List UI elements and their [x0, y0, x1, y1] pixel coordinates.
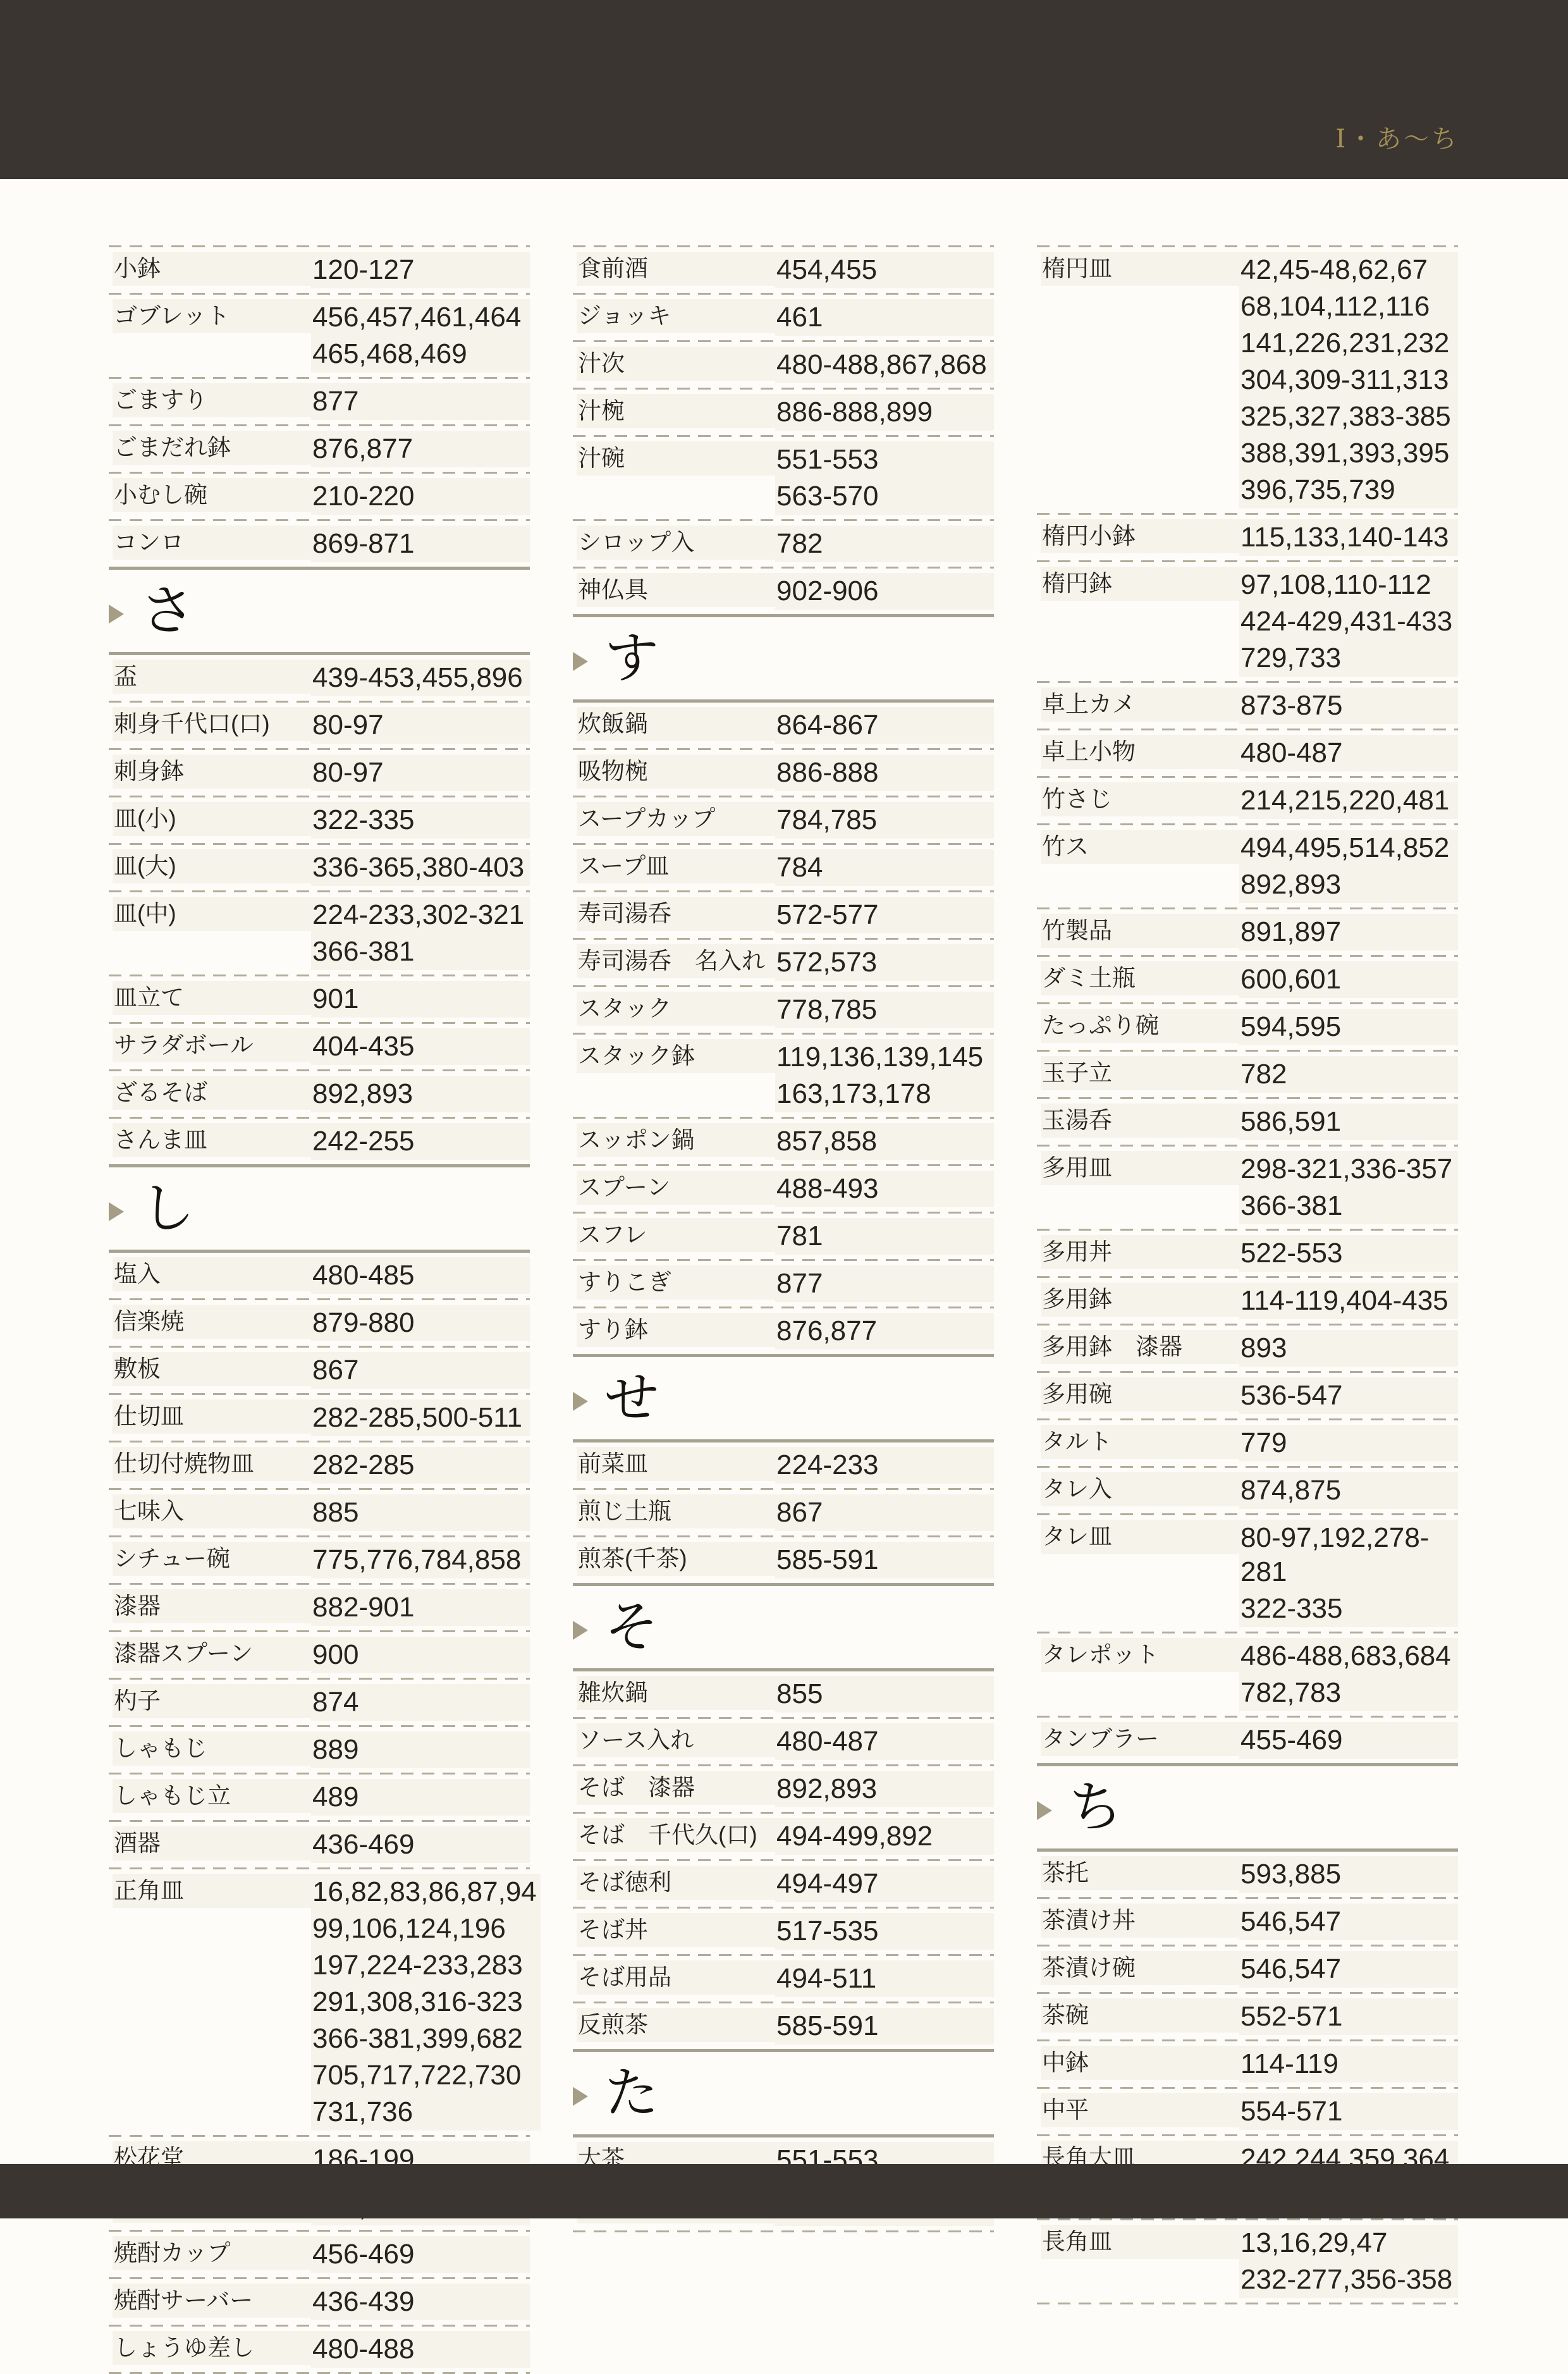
term-cell: 吸物椀 — [573, 754, 775, 791]
term-cell: 汁椀 — [573, 394, 775, 431]
page-numbers: 494-497 — [775, 1866, 994, 1902]
index-row: たっぷり碗594,595 — [1037, 1004, 1458, 1050]
page-line-text: 885 — [311, 1494, 530, 1531]
page-line-text: 282-285,500-511 — [311, 1399, 530, 1436]
term-cell: 皿(小) — [109, 802, 311, 839]
page-line: 886-888,899 — [775, 394, 994, 431]
term-cell: 茶漬け丼 — [1037, 1904, 1239, 1940]
divider-line — [1037, 2303, 1458, 2304]
page-line: 886-888 — [775, 754, 994, 791]
index-row: 卓上カメ873-875 — [1037, 683, 1458, 729]
page-line-text: 869-871 — [311, 526, 530, 562]
term-label: スフレ — [577, 1218, 775, 1252]
index-row: 信楽焼879-880 — [109, 1300, 530, 1346]
page-numbers: 436-469 — [311, 1826, 530, 1863]
index-rows-block: 前菜皿224-233煎じ土瓶867煎茶(千茶)585-591 — [573, 1439, 994, 1586]
term-label: 玉湯呑 — [1041, 1104, 1239, 1138]
page-numbers: 494-511 — [775, 1960, 994, 1997]
page-line-text: 778,785 — [775, 992, 994, 1028]
page-numbers: 115,133,140-143 — [1239, 519, 1458, 556]
page-line-text: 282-285 — [311, 1447, 530, 1484]
term-cell: 煎じ土瓶 — [573, 1494, 775, 1531]
index-row: 皿(大)336-365,380-403 — [109, 845, 530, 890]
page-line-text: 494-497 — [775, 1866, 994, 1902]
page-line: 554-571 — [1239, 2093, 1458, 2130]
index-row: 炊飯鍋864-867 — [573, 703, 994, 748]
page-line: 120-127 — [311, 252, 530, 288]
term-cell: 中鉢 — [1037, 2046, 1239, 2082]
term-label: シチュー碗 — [113, 1542, 311, 1576]
page-line-text: 874,875 — [1239, 1472, 1458, 1509]
index-row: ごまだれ鉢876,877 — [109, 426, 530, 472]
section-marker-icon — [573, 652, 588, 671]
page-numbers: 16,82,83,86,87,9499,106,124,196197,224-2… — [311, 1874, 541, 2131]
term-cell: ごますり — [109, 383, 311, 420]
term-label: 刺身千代口(口) — [113, 707, 311, 741]
header-bar — [0, 0, 1568, 179]
term-label: 食前酒 — [577, 252, 775, 286]
index-row: ダミ土瓶600,601 — [1037, 957, 1458, 1002]
page-line-text: 298-321,336-357 — [1239, 1151, 1458, 1188]
term-label: 正角皿 — [113, 1874, 311, 1908]
term-label: 寿司湯呑 名入れ — [577, 944, 775, 978]
term-label: 焼酎サーバー — [113, 2284, 311, 2318]
section-header: せ — [573, 1357, 994, 1439]
term-cell: 仕切付焼物皿 — [109, 1447, 311, 1484]
page-numbers: 494,495,514,852892,893 — [1239, 830, 1458, 903]
page-line: 489 — [311, 1779, 530, 1816]
index-row: サラダボール404-435 — [109, 1024, 530, 1069]
page-line: 873-875 — [1239, 687, 1458, 724]
page-line-text: 551-553 — [775, 441, 994, 478]
term-label: 雑炊鍋 — [577, 1676, 775, 1710]
term-cell: 玉子立 — [1037, 1056, 1239, 1093]
section-marker-icon — [573, 2087, 588, 2106]
term-cell: 皿立て — [109, 981, 311, 1018]
page-line-text: 214,215,220,481 — [1239, 782, 1458, 819]
term-label: 小むし碗 — [113, 478, 311, 512]
term-label: すりこぎ — [577, 1265, 775, 1300]
page-line: 876,877 — [311, 431, 530, 467]
page-line-text: 97,108,110-112 — [1239, 567, 1458, 603]
page-line: 572,573 — [775, 944, 994, 981]
page-numbers: 782 — [775, 526, 994, 562]
page-line: 494,495,514,852 — [1239, 830, 1458, 866]
term-cell: 焼酎サーバー — [109, 2284, 311, 2320]
term-cell: 反煎茶 — [573, 2008, 775, 2045]
page-line: 404-435 — [311, 1028, 530, 1065]
term-cell: すりこぎ — [573, 1265, 775, 1302]
page-line-text: 436-469 — [311, 1826, 530, 1863]
term-cell: 多用鉢 — [1037, 1282, 1239, 1319]
page-line: 456,457,461,464 — [311, 299, 530, 336]
section-marker-icon — [109, 605, 124, 624]
index-row: 茶托593,885 — [1037, 1852, 1458, 1897]
page-line: 465,468,469 — [311, 336, 530, 372]
page-line: 729,733 — [1239, 640, 1458, 677]
page-line: 572-577 — [775, 897, 994, 933]
page-line-text: 456,457,461,464 — [311, 299, 530, 336]
page-line: 563-570 — [775, 478, 994, 515]
page-line-text: 494-511 — [775, 1960, 994, 1997]
term-cell: そば 漆器 — [573, 1771, 775, 1807]
term-cell: ごまだれ鉢 — [109, 431, 311, 467]
index-row: 長角皿13,16,29,47232-277,356-358 — [1037, 2220, 1458, 2303]
term-label: コンロ — [113, 526, 311, 560]
page-line: 522-553 — [1239, 1235, 1458, 1272]
page-line-text: 480-485 — [311, 1257, 530, 1294]
term-label: シロップ入 — [577, 526, 775, 560]
term-cell: しゃもじ立 — [109, 1779, 311, 1816]
index-row: 汁次480-488,867,868 — [573, 342, 994, 388]
index-row: 玉湯呑586,591 — [1037, 1099, 1458, 1145]
page-index-label: I・あ〜ち — [1335, 119, 1459, 155]
page-line: 782 — [1239, 1056, 1458, 1093]
page-line: 885 — [311, 1494, 530, 1531]
term-cell: 竹ス — [1037, 830, 1239, 903]
page-numbers: 873-875 — [1239, 687, 1458, 724]
page-line-text: 480-488 — [311, 2331, 530, 2368]
index-row: そば 漆器892,893 — [573, 1766, 994, 1812]
page-line: 42,45-48,62,67 — [1239, 252, 1458, 288]
page-line-text: 593,885 — [1239, 1856, 1458, 1893]
page-line-text: 114-119 — [1239, 2046, 1458, 2082]
index-row: 刺身鉢80-97 — [109, 750, 530, 796]
page-numbers: 855 — [775, 1676, 994, 1713]
term-cell: シチュー碗 — [109, 1542, 311, 1578]
term-cell: 食前酒 — [573, 252, 775, 288]
page-numbers: 322-335 — [311, 802, 530, 839]
page-line-text: 892,893 — [775, 1771, 994, 1807]
page-line-text: 876,877 — [775, 1313, 994, 1350]
page-line: 855 — [775, 1676, 994, 1713]
page-numbers: 461 — [775, 299, 994, 336]
page-line: 210-220 — [311, 478, 530, 515]
index-row: タルト779 — [1037, 1420, 1458, 1466]
index-row: 小鉢120-127 — [109, 247, 530, 293]
term-cell: タレ皿 — [1037, 1520, 1239, 1627]
index-row: 多用丼522-553 — [1037, 1231, 1458, 1276]
page-line-text: 456-469 — [311, 2236, 530, 2273]
page-line: 325,327,383-385 — [1239, 398, 1458, 435]
term-cell: スープ皿 — [573, 849, 775, 886]
term-cell: 楕円皿 — [1037, 252, 1239, 508]
page-numbers: 784 — [775, 849, 994, 886]
term-cell: ダミ土瓶 — [1037, 961, 1239, 998]
page-line-text: 304,309-311,313 — [1239, 362, 1458, 398]
term-label: さんま皿 — [113, 1123, 311, 1157]
page-line: 902-906 — [775, 573, 994, 610]
term-label: そば徳利 — [577, 1866, 775, 1900]
index-rows-block: 雑炊鍋855ソース入れ480-487そば 漆器892,893そば 千代久(口)4… — [573, 1668, 994, 2052]
page-line: 775,776,784,858 — [311, 1542, 530, 1578]
page-line: 900 — [311, 1637, 530, 1673]
term-cell: たっぷり碗 — [1037, 1009, 1239, 1045]
page-numbers: 779 — [1239, 1425, 1458, 1461]
page-line-text: 480-487 — [775, 1723, 994, 1760]
page-line: 366-381 — [311, 933, 530, 970]
page-numbers: 536-547 — [1239, 1377, 1458, 1414]
page-line-text: 114-119,404-435 — [1239, 1282, 1458, 1319]
term-label: 漆器 — [113, 1589, 311, 1623]
term-label: 楕円皿 — [1041, 252, 1239, 286]
index-row: 竹製品891,897 — [1037, 909, 1458, 955]
page-numbers: 486-488,683,684782,783 — [1239, 1638, 1458, 1711]
index-row: しょうゆ差し480-488 — [109, 2327, 530, 2372]
page-numbers: 778,785 — [775, 992, 994, 1028]
page-line: 80-97 — [311, 754, 530, 791]
page-line-text: 336-365,380-403 — [311, 849, 530, 886]
page-line-text: 465,468,469 — [311, 336, 530, 372]
page-line: 892,893 — [775, 1771, 994, 1807]
term-cell: タレポット — [1037, 1638, 1239, 1711]
page-line-text: 396,735,739 — [1239, 472, 1458, 508]
term-cell: 炊飯鍋 — [573, 707, 775, 744]
page-line: 877 — [775, 1265, 994, 1302]
page-line: 99,106,124,196 — [311, 1910, 541, 1947]
page-numbers: 891,897 — [1239, 914, 1458, 950]
term-cell: 卓上カメ — [1037, 687, 1239, 724]
term-cell: 楕円鉢 — [1037, 567, 1239, 677]
page-numbers: 551-553563-570 — [775, 441, 994, 515]
page-numbers: 876,877 — [311, 431, 530, 467]
page-line-text: 163,173,178 — [775, 1076, 994, 1112]
page-line: 80-97 — [311, 707, 530, 744]
page-line: 322-335 — [1239, 1590, 1458, 1627]
page-line: 889 — [311, 1731, 530, 1768]
index-row: 盃439-453,455,896 — [109, 655, 530, 701]
index-row: 多用皿298-321,336-357366-381 — [1037, 1147, 1458, 1229]
page-numbers: 864-867 — [775, 707, 994, 744]
page-line-text: 705,717,722,730 — [311, 2057, 541, 2094]
page-line: 867 — [775, 1494, 994, 1531]
page-numbers: 480-488 — [311, 2331, 530, 2368]
term-label: 茶漬け碗 — [1041, 1951, 1239, 1985]
page-line: 546,547 — [1239, 1951, 1458, 1988]
term-cell: 信楽焼 — [109, 1305, 311, 1341]
index-row: 酒器436-469 — [109, 1822, 530, 1867]
section-label: す — [604, 627, 659, 690]
term-cell: 多用丼 — [1037, 1235, 1239, 1272]
index-row: ソース入れ480-487 — [573, 1719, 994, 1764]
index-row: ざるそば892,893 — [109, 1071, 530, 1117]
page-line: 388,391,393,395 — [1239, 435, 1458, 472]
term-cell: 前菜皿 — [573, 1447, 775, 1484]
term-label: 中鉢 — [1041, 2046, 1239, 2080]
term-label: 杓子 — [113, 1684, 311, 1718]
index-row: 楕円皿42,45-48,62,6768,104,112,116141,226,2… — [1037, 247, 1458, 513]
term-cell: 焼酎カップ — [109, 2236, 311, 2273]
page-line: 291,308,316-323 — [311, 1984, 541, 2020]
term-label: 仕切付焼物皿 — [113, 1447, 311, 1481]
index-row: さんま皿242-255 — [109, 1119, 530, 1164]
page-line: 224-233,302-321 — [311, 897, 530, 933]
page-numbers: 546,547 — [1239, 1951, 1458, 1988]
page-line: 705,717,722,730 — [311, 2057, 541, 2094]
page-line-text: 197,224-233,283 — [311, 1947, 541, 1984]
term-cell: タルト — [1037, 1425, 1239, 1461]
page-line: 781 — [775, 1218, 994, 1255]
term-label: 前菜皿 — [577, 1447, 775, 1481]
index-row: 敷板867 — [109, 1348, 530, 1393]
index-row: 竹さじ214,215,220,481 — [1037, 778, 1458, 823]
term-label: 多用鉢 漆器 — [1041, 1330, 1239, 1364]
term-label: 楕円鉢 — [1041, 567, 1239, 601]
term-label: 長角皿 — [1041, 2225, 1239, 2259]
term-cell: 汁碗 — [573, 441, 775, 515]
page-numbers: 782 — [1239, 1056, 1458, 1093]
page-line-text: 455-469 — [1239, 1722, 1458, 1759]
page-line-text: 322-335 — [311, 802, 530, 839]
page-line: 782 — [775, 526, 994, 562]
page-line: 480-488,867,868 — [775, 347, 994, 383]
page-line-text: 546,547 — [1239, 1904, 1458, 1940]
term-label: タレ皿 — [1041, 1520, 1239, 1554]
index-row: 皿(中)224-233,302-321366-381 — [109, 892, 530, 975]
page-numbers: 900 — [311, 1637, 530, 1673]
index-row: 卓上小物480-487 — [1037, 730, 1458, 776]
term-label: 仕切皿 — [113, 1399, 311, 1434]
index-row: 汁椀886-888,899 — [573, 390, 994, 435]
page-line: 494-497 — [775, 1866, 994, 1902]
term-label: 茶漬け丼 — [1041, 1904, 1239, 1938]
page-line-text: 366-381 — [311, 933, 530, 970]
index-row: 神仏具902-906 — [573, 569, 994, 614]
term-label: そば 千代久(口) — [577, 1818, 775, 1852]
page-line: 877 — [311, 383, 530, 420]
term-cell: 皿(大) — [109, 849, 311, 886]
page-line-text: 585-591 — [775, 1542, 994, 1578]
page-line: 436-439 — [311, 2284, 530, 2320]
term-cell: 塩入 — [109, 1257, 311, 1294]
term-cell: 刺身鉢 — [109, 754, 311, 791]
page-line: 163,173,178 — [775, 1076, 994, 1112]
page-numbers: 439-453,455,896 — [311, 660, 530, 696]
page-numbers: 552-571 — [1239, 1998, 1458, 2035]
term-label: ソース入れ — [577, 1723, 775, 1757]
page-numbers: 80-97,192,278-281322-335 — [1239, 1520, 1458, 1627]
term-cell: スタック鉢 — [573, 1039, 775, 1112]
page-numbers: 480-487 — [1239, 735, 1458, 772]
page-line: 874,875 — [1239, 1472, 1458, 1509]
term-label: 炊飯鍋 — [577, 707, 775, 741]
index-row: 茶漬け丼546,547 — [1037, 1899, 1458, 1945]
page-numbers: 224-233 — [775, 1447, 994, 1484]
page-line: 454,455 — [775, 252, 994, 288]
term-label: スープ皿 — [577, 849, 775, 883]
index-row: 塩入480-485 — [109, 1253, 530, 1298]
index-row: 反煎茶585-591 — [573, 2003, 994, 2049]
index-row: シチュー碗775,776,784,858 — [109, 1537, 530, 1583]
page-numbers: 242-255 — [311, 1123, 530, 1160]
page-line: 731,736 — [311, 2094, 541, 2131]
page-line: 461 — [775, 299, 994, 336]
page-numbers: 282-285,500-511 — [311, 1399, 530, 1436]
page-line-text: 782,783 — [1239, 1675, 1458, 1711]
page-numbers: 877 — [311, 383, 530, 420]
index-row: 小むし碗210-220 — [109, 474, 530, 519]
term-cell: タンブラー — [1037, 1722, 1239, 1759]
page-line-text: 855 — [775, 1676, 994, 1713]
page-line: 232-277,356-358 — [1239, 2261, 1458, 2298]
index-row: スフレ781 — [573, 1214, 994, 1259]
index-row: すり鉢876,877 — [573, 1308, 994, 1354]
page-numbers: 456-469 — [311, 2236, 530, 2273]
index-row: そば丼517-535 — [573, 1909, 994, 1954]
page-line: 114-119,404-435 — [1239, 1282, 1458, 1319]
page-numbers: 480-487 — [775, 1723, 994, 1760]
term-cell: 酒器 — [109, 1826, 311, 1863]
index-row: 汁碗551-553563-570 — [573, 437, 994, 519]
index-row: 寿司湯呑 名入れ572,573 — [573, 940, 994, 985]
term-cell: そば 千代久(口) — [573, 1818, 775, 1855]
section-marker-icon — [573, 1392, 588, 1411]
page-numbers: 298-321,336-357366-381 — [1239, 1151, 1458, 1224]
page-line: 494-511 — [775, 1960, 994, 1997]
term-cell: ジョッキ — [573, 299, 775, 336]
page-line: 901 — [311, 981, 530, 1018]
page-numbers: 885 — [311, 1494, 530, 1531]
term-label: 皿(大) — [113, 849, 311, 883]
page-line-text: 480-487 — [1239, 735, 1458, 772]
section-header: ち — [1037, 1766, 1458, 1848]
page-numbers: 882-901 — [311, 1589, 530, 1626]
page-line: 782,783 — [1239, 1675, 1458, 1711]
section-header: さ — [109, 570, 530, 652]
index-row: 杓子874 — [109, 1680, 530, 1725]
term-cell: ゴブレット — [109, 299, 311, 372]
page-line: 552-571 — [1239, 1998, 1458, 2035]
term-cell: 刺身千代口(口) — [109, 707, 311, 744]
page-line-text: 99,106,124,196 — [311, 1910, 541, 1947]
page-line: 115,133,140-143 — [1239, 519, 1458, 556]
page-line: 455-469 — [1239, 1722, 1458, 1759]
page-numbers: 404-435 — [311, 1028, 530, 1065]
section-marker-icon — [1037, 1801, 1052, 1820]
page-line-text: 779 — [1239, 1425, 1458, 1461]
index-row: 刺身千代口(口)80-97 — [109, 703, 530, 748]
term-label: 皿(中) — [113, 897, 311, 931]
page-numbers: 874 — [311, 1684, 530, 1721]
term-cell: 敷板 — [109, 1352, 311, 1389]
term-cell: 正角皿 — [109, 1874, 311, 2131]
page-line-text: 13,16,29,47 — [1239, 2225, 1458, 2261]
term-cell: 楕円小鉢 — [1037, 519, 1239, 556]
term-label: 皿(小) — [113, 802, 311, 836]
section-label: そ — [604, 1596, 659, 1659]
page-line: 494-499,892 — [775, 1818, 994, 1855]
index-row: 焼酎カップ456-469 — [109, 2232, 530, 2277]
term-cell: サラダボール — [109, 1028, 311, 1065]
index-row: 正角皿16,82,83,86,87,9499,106,124,196197,22… — [109, 1869, 530, 2135]
page-line: 585-591 — [775, 1542, 994, 1578]
page-numbers: 13,16,29,47232-277,356-358 — [1239, 2225, 1458, 2298]
page-line: 16,82,83,86,87,94 — [311, 1874, 541, 1910]
index-row: 多用鉢114-119,404-435 — [1037, 1278, 1458, 1324]
page-line: 298-321,336-357 — [1239, 1151, 1458, 1188]
term-cell: スタック — [573, 992, 775, 1028]
section-header: そ — [573, 1586, 994, 1668]
term-label: 敷板 — [113, 1352, 311, 1386]
page-line-text: 901 — [311, 981, 530, 1018]
page-line: 436-469 — [311, 1826, 530, 1863]
index-row: そば用品494-511 — [573, 1956, 994, 2002]
term-cell: すり鉢 — [573, 1313, 775, 1350]
term-label: 寿司湯呑 — [577, 897, 775, 931]
page-line: 282-285 — [311, 1447, 530, 1484]
index-row: 中平554-571 — [1037, 2089, 1458, 2134]
index-row: 竹ス494,495,514,852892,893 — [1037, 825, 1458, 907]
